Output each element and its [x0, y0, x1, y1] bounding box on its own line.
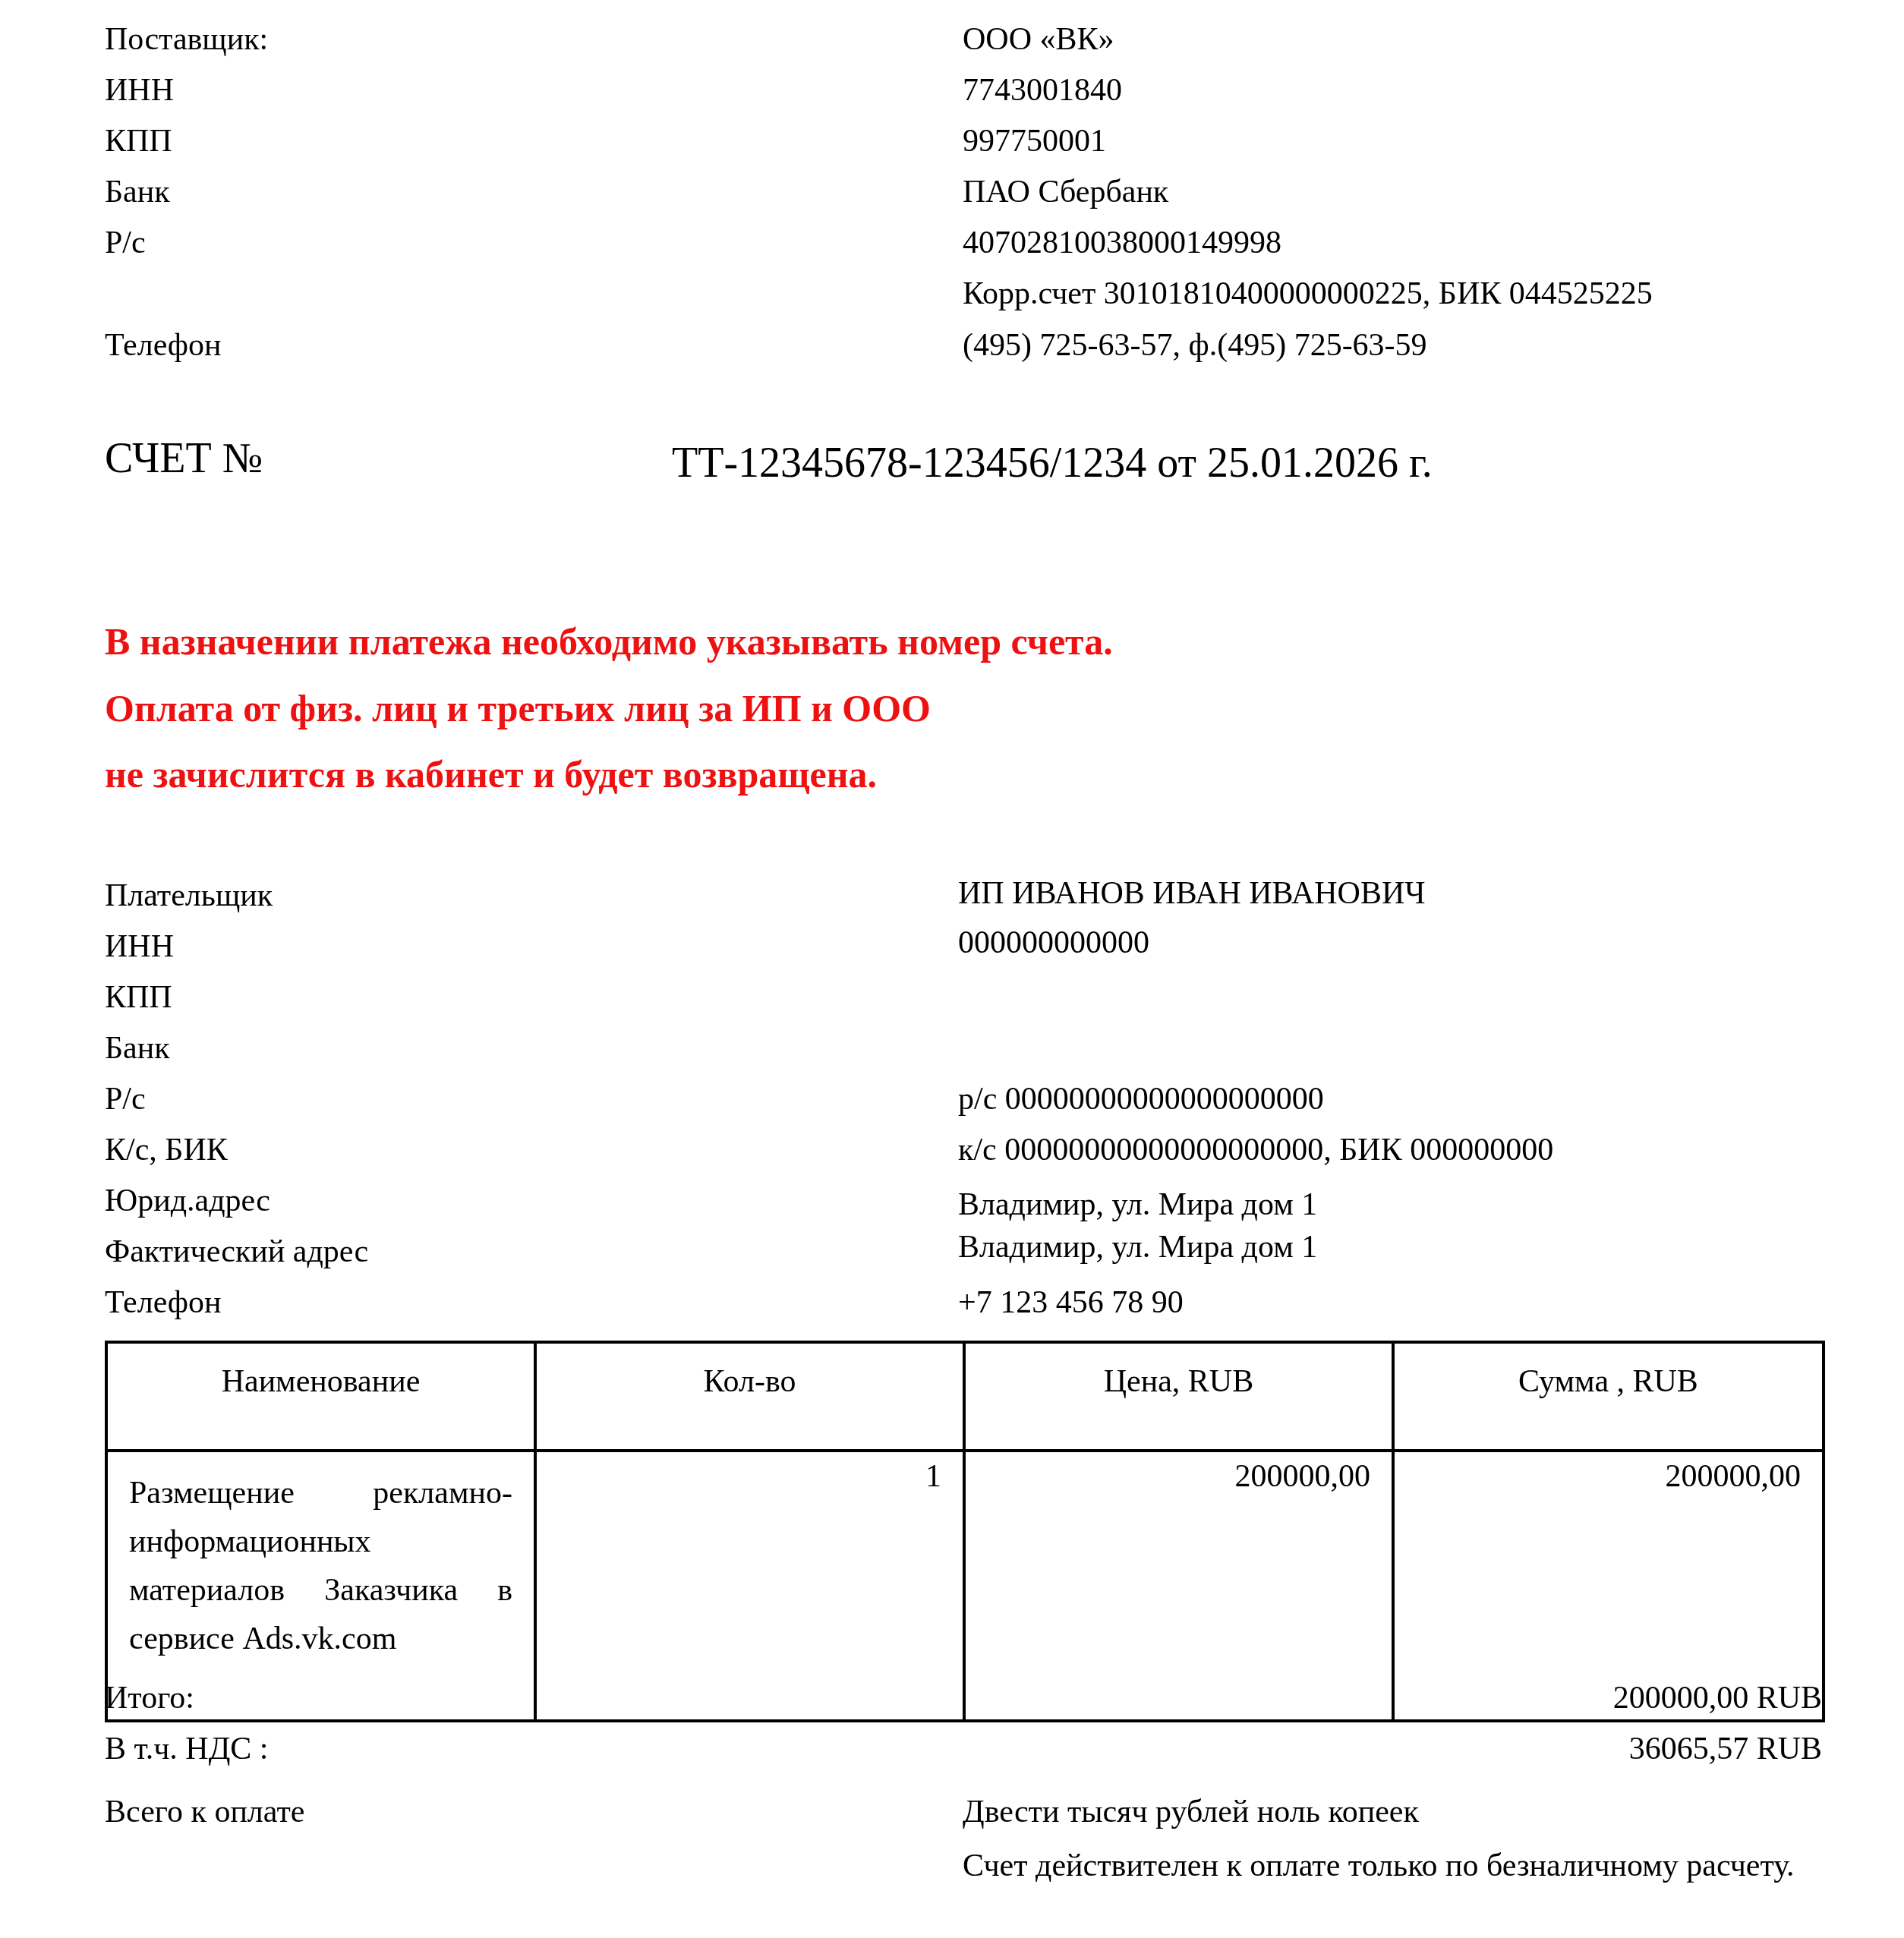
payer-label: Плательщик	[105, 877, 273, 915]
payer-bank-label: Банк	[105, 1029, 170, 1067]
supplier-inn-label: ИНН	[105, 71, 174, 109]
item-qty: 1	[535, 1451, 964, 1721]
payer-corr-label: К/с, БИК	[105, 1131, 228, 1169]
supplier-phone: (495) 725-63-57, ф.(495) 725-63-59	[963, 326, 1427, 364]
items-table: Наименование Кол-во Цена, RUB Сумма , RU…	[105, 1341, 1825, 1722]
amount-in-words: Двести тысяч рублей ноль копеек	[963, 1793, 1419, 1831]
table-header-row: Наименование Кол-во Цена, RUB Сумма , RU…	[106, 1342, 1824, 1451]
payment-note: Счет действителен к оплате только по без…	[963, 1841, 1822, 1892]
supplier-bank: ПАО Сбербанк	[963, 173, 1168, 211]
vat-label: В т.ч. НДС :	[105, 1730, 269, 1768]
supplier-account: 40702810038000149998	[963, 224, 1281, 262]
column-header-qty: Кол-во	[535, 1342, 964, 1451]
payer-phone-label: Телефон	[105, 1284, 222, 1322]
pay-label: Всего к оплате	[105, 1793, 304, 1831]
payer-account: р/с 00000000000000000000	[958, 1080, 1324, 1118]
supplier-phone-label: Телефон	[105, 326, 222, 364]
payer-legal-address-label: Юрид.адрес	[105, 1182, 270, 1220]
column-header-name: Наименование	[106, 1342, 535, 1451]
total-label: Итого:	[105, 1679, 194, 1717]
supplier-bank-label: Банк	[105, 173, 170, 211]
payer-account-label: Р/с	[105, 1080, 146, 1118]
supplier-kpp: 997750001	[963, 122, 1106, 160]
payer-name: ИП ИВАНОВ ИВАН ИВАНОВИЧ	[958, 874, 1426, 912]
supplier-account-label: Р/с	[105, 224, 146, 262]
total-value: 200000,00 RUB	[1613, 1679, 1822, 1717]
payer-inn-label: ИНН	[105, 928, 174, 966]
warning-line: Оплата от физ. лиц и третьих лиц за ИП и…	[105, 685, 931, 731]
invoice-title: СЧЕТ №	[105, 434, 263, 483]
warning-line: В назначении платежа необходимо указыват…	[105, 619, 1113, 664]
payer-kpp-label: КПП	[105, 978, 172, 1016]
column-header-sum: Сумма , RUB	[1393, 1342, 1824, 1451]
table-row: Размещение рекламно-информационных матер…	[106, 1451, 1824, 1721]
invoice-number-date: ТТ-12345678-123456/1234 от 25.01.2026 г.	[672, 439, 1433, 487]
payer-phone: +7 123 456 78 90	[958, 1284, 1184, 1322]
payer-corr-bik: к/с 00000000000000000000, БИК 000000000	[958, 1131, 1553, 1169]
column-header-price: Цена, RUB	[964, 1342, 1393, 1451]
payer-inn: 000000000000	[958, 924, 1149, 962]
supplier-inn: 7743001840	[963, 71, 1122, 109]
supplier-name: ООО «ВК»	[963, 20, 1114, 58]
payer-actual-address-label: Фактический адрес	[105, 1233, 368, 1271]
supplier-corr-account: Корр.счет 30101810400000000225, БИК 0445…	[963, 275, 1653, 313]
warning-line: не зачислится в кабинет и будет возвраще…	[105, 752, 877, 797]
supplier-kpp-label: КПП	[105, 122, 172, 160]
supplier-label: Поставщик:	[105, 20, 268, 58]
payer-actual-address: Владимир, ул. Мира дом 1	[958, 1228, 1317, 1266]
payer-legal-address: Владимир, ул. Мира дом 1	[958, 1186, 1317, 1224]
vat-value: 36065,57 RUB	[1629, 1730, 1822, 1768]
item-price: 200000,00	[964, 1451, 1393, 1721]
